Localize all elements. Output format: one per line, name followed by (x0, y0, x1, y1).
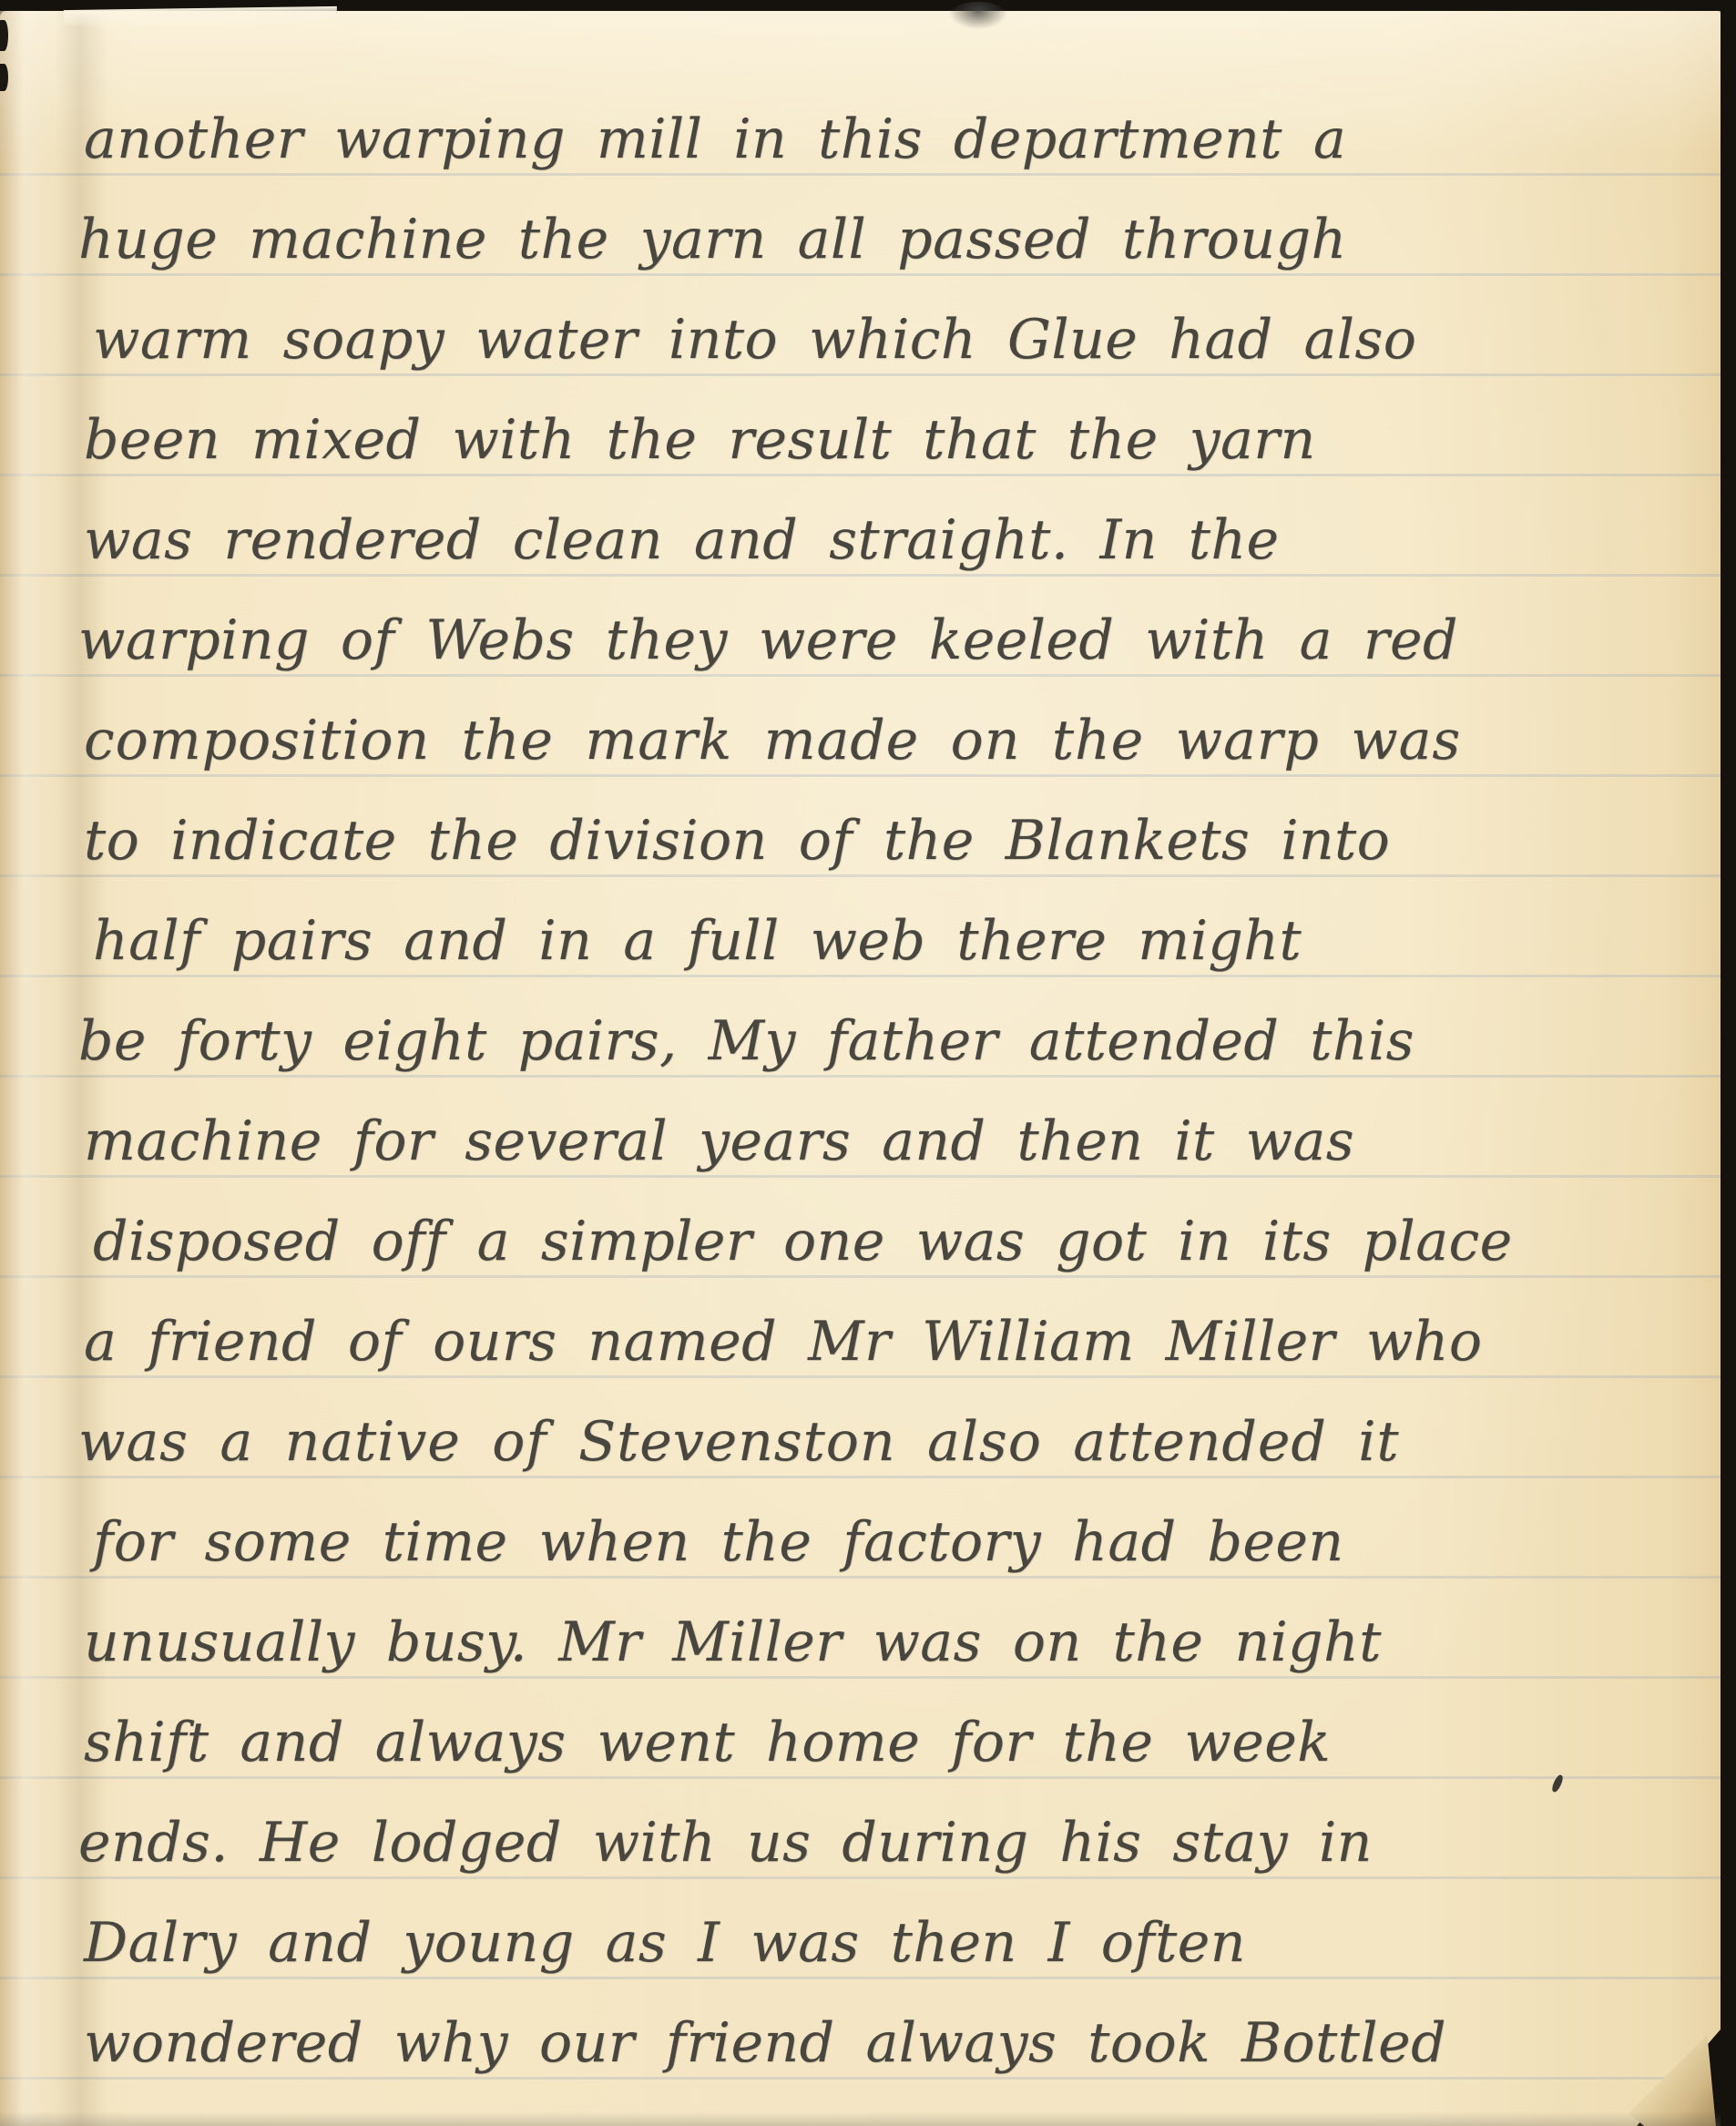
manuscript-line: disposed off a simpler one was got in it… (93, 1191, 1693, 1292)
manuscript-line: for some time when the factory had been (93, 1492, 1693, 1592)
manuscript-line: another warping mill in this department … (84, 89, 1693, 189)
manuscript-line: been mixed with the result that the yarn (84, 390, 1693, 490)
ink-smudge (949, 2, 1007, 29)
manuscript-line: half pairs and in a full web there might (93, 891, 1693, 991)
manuscript-line: warping of Webs they were keeled with a … (78, 590, 1693, 690)
manuscript-line: composition the mark made on the warp wa… (84, 690, 1693, 791)
manuscript-line: be forty eight pairs, My father attended… (78, 991, 1693, 1091)
notebook-page: another warping mill in this department … (0, 11, 1721, 2126)
manuscript-line: unusually busy. Mr Miller was on the nig… (84, 1592, 1693, 1692)
manuscript-line: was rendered clean and straight. In the (84, 490, 1693, 590)
manuscript-line: ends. He lodged with us during his stay … (78, 1793, 1693, 1893)
scanned-manuscript: { "manuscript": { "lines": [ "another wa… (0, 0, 1736, 2126)
scan-background: another warping mill in this department … (0, 0, 1736, 2126)
left-edge-nick (0, 20, 8, 51)
manuscript-line: shift and always went home for the week (84, 1692, 1693, 1793)
left-edge-nick (0, 64, 8, 91)
manuscript-line: Dalry and young as I was then I often (84, 1893, 1693, 1993)
manuscript-line: a friend of ours named Mr William Miller… (84, 1292, 1693, 1392)
handwritten-text: another warping mill in this department … (84, 89, 1693, 2093)
manuscript-line: was a native of Stevenston also attended… (78, 1392, 1693, 1492)
manuscript-line: machine for several years and then it wa… (84, 1091, 1693, 1191)
manuscript-line: warm soapy water into which Glue had als… (93, 290, 1693, 390)
manuscript-line: huge machine the yarn all passed through (78, 189, 1693, 290)
torn-top-left-edge (64, 6, 337, 30)
manuscript-line: wondered why our friend always took Bott… (84, 1993, 1693, 2093)
manuscript-line: to indicate the division of the Blankets… (84, 791, 1693, 891)
